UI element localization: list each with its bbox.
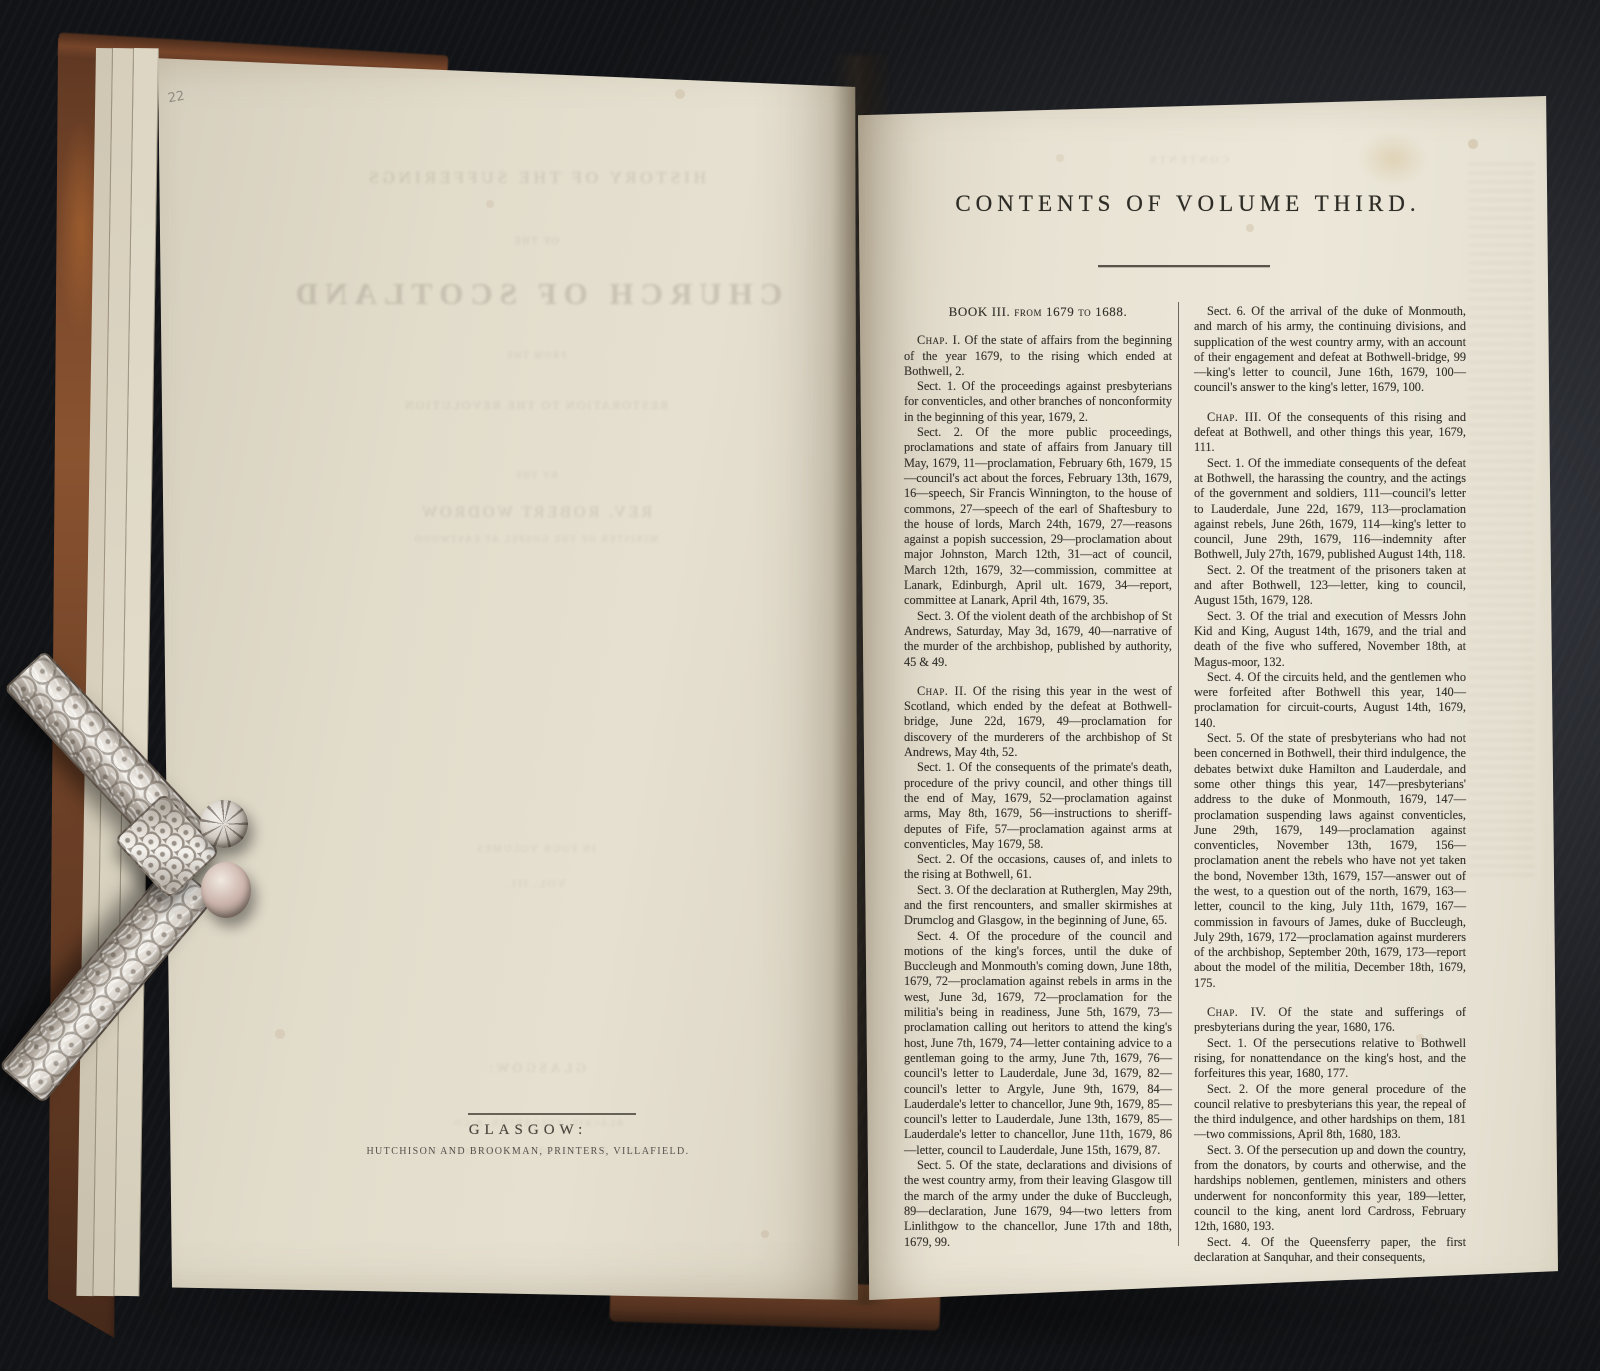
entry-label: Sect. 5. bbox=[917, 1158, 955, 1172]
toc-entry: Sect. 1. Of the proceedings against pres… bbox=[904, 379, 1172, 425]
entry-label: Chap. I. bbox=[917, 333, 961, 347]
toc-column-right: Sect. 6. Of the arrival of the duke of M… bbox=[1194, 304, 1466, 1265]
entry-label: Sect. 1. bbox=[1207, 1036, 1247, 1050]
toc-entry: Sect. 4. Of the circuits held, and the g… bbox=[1194, 670, 1466, 731]
ghost-line: GLASGOW: bbox=[213, 1060, 858, 1076]
entry-label: Sect. 2. bbox=[917, 425, 963, 439]
entry-label: Sect. 5. bbox=[1207, 731, 1245, 745]
toc-entry: Chap. II. Of the rising this year in the… bbox=[904, 684, 1172, 760]
toc-entry: Sect. 3. Of the persecution up and down … bbox=[1194, 1143, 1466, 1235]
entry-label: Sect. 3. bbox=[917, 883, 954, 897]
entry-label: Sect. 3. bbox=[917, 609, 954, 623]
entry-label: Chap. III. bbox=[1207, 410, 1262, 424]
toc-entry: Sect. 3. Of the violent death of the arc… bbox=[904, 609, 1172, 670]
entry-label: Sect. 2. bbox=[1207, 1082, 1248, 1096]
photo-scene: HISTORY OF THE SUFFERINGSOF THECHURCH OF… bbox=[0, 0, 1600, 1371]
toc-column-left: BOOK III. from 1679 to 1688. Chap. I. Of… bbox=[904, 304, 1172, 1250]
toc-entry: Chap. IV. Of the state and sufferings of… bbox=[1194, 1005, 1466, 1036]
ghost-line: OF THE bbox=[213, 236, 858, 247]
toc-entry: Sect. 3. Of the trial and execution of M… bbox=[1194, 609, 1466, 670]
entry-label: Sect. 2. bbox=[917, 852, 955, 866]
right-page: CONTENTS CONTENTS OF VOLUME THIRD. BOOK … bbox=[858, 96, 1558, 1300]
entry-label: Sect. 3. bbox=[1207, 1143, 1244, 1157]
toc-entry: Sect. 5. Of the state of presbyterians w… bbox=[1194, 731, 1466, 991]
ghost-line: MINISTER OF THE GOSPEL AT EASTWOOD bbox=[213, 534, 858, 544]
ghost-line: BY THE bbox=[213, 470, 858, 480]
entry-label: Sect. 4. bbox=[1207, 1235, 1251, 1249]
clasp-disc bbox=[201, 862, 251, 918]
entry-label: Sect. 1. bbox=[1207, 456, 1244, 470]
toc-entry: Sect. 2. Of the occasions, causes of, an… bbox=[904, 852, 1172, 883]
toc-entry: Sect. 6. Of the arrival of the duke of M… bbox=[1194, 304, 1466, 396]
toc-entry: Sect. 1. Of the persecutions relative to… bbox=[1194, 1036, 1466, 1082]
toc-paragraphs-right: Sect. 6. Of the arrival of the duke of M… bbox=[1194, 304, 1466, 1265]
toc-entry: Sect. 1. Of the immediate consequents of… bbox=[1194, 456, 1466, 563]
ghost-line: IN FOUR VOLUMES bbox=[213, 844, 858, 855]
entry-label: Sect. 1. bbox=[917, 760, 955, 774]
entry-label: Sect. 4. bbox=[917, 929, 959, 943]
toc-entry: Sect. 2. Of the treatment of the prisone… bbox=[1194, 563, 1466, 609]
toc-entry: Chap. I. Of the state of affairs from th… bbox=[904, 333, 1172, 379]
book-heading: BOOK III. from 1679 to 1688. bbox=[904, 304, 1172, 319]
toc-entry: Sect. 4. Of the procedure of the council… bbox=[904, 929, 1172, 1158]
title-rule bbox=[1098, 265, 1270, 267]
imprint-printer-line: HUTCHISON AND BROOKMAN, PRINTERS, VILLAF… bbox=[218, 1146, 838, 1157]
ghost-line: RESTORATION TO THE REVOLUTION bbox=[213, 398, 858, 413]
toc-entry: Sect. 4. Of the Queensferry paper, the f… bbox=[1194, 1235, 1466, 1266]
entry-label: Sect. 4. bbox=[1207, 670, 1244, 684]
paper-stain bbox=[1348, 124, 1438, 194]
bleed-through-margin-text bbox=[1468, 156, 1534, 876]
column-divider-rule bbox=[1178, 302, 1179, 1246]
pencil-annotation: 22 bbox=[167, 89, 186, 107]
ghost-line: HISTORY OF THE SUFFERINGS bbox=[213, 168, 858, 188]
ghost-line: REV. ROBERT WODROW bbox=[213, 504, 858, 522]
book-clasp bbox=[0, 640, 290, 1120]
toc-paragraphs-left: Chap. I. Of the state of affairs from th… bbox=[904, 333, 1172, 1250]
entry-label: Chap. IV. bbox=[1207, 1005, 1266, 1019]
imprint-rule bbox=[468, 1113, 636, 1115]
imprint-city: GLASGOW: bbox=[218, 1122, 838, 1139]
entry-label: Sect. 6. bbox=[1207, 304, 1246, 318]
ghost-line: FROM THE bbox=[213, 350, 858, 360]
entry-label: Chap. II. bbox=[917, 684, 967, 698]
toc-entry: Sect. 3. Of the declaration at Ruthergle… bbox=[904, 883, 1172, 929]
toc-entry: Chap. III. Of the consequents of this ri… bbox=[1194, 410, 1466, 456]
clasp-knob bbox=[200, 800, 248, 848]
toc-entry: Sect. 2. Of the more general procedure o… bbox=[1194, 1082, 1466, 1143]
toc-entry: Sect. 1. Of the consequents of the prima… bbox=[904, 760, 1172, 852]
toc-entry: Sect. 5. Of the state, declarations and … bbox=[904, 1158, 1172, 1250]
ghost-line: CHURCH OF SCOTLAND bbox=[213, 276, 858, 312]
clasp-strap-lower bbox=[0, 860, 216, 1103]
page-title: CONTENTS OF VOLUME THIRD. bbox=[858, 191, 1518, 217]
toc-entry: Sect. 2. Of the more public proceedings,… bbox=[904, 425, 1172, 609]
entry-label: Sect. 1. bbox=[917, 379, 956, 393]
entry-label: Sect. 2. bbox=[1207, 563, 1246, 577]
entry-label: Sect. 3. bbox=[1207, 609, 1245, 623]
ghost-line: VOL. III. bbox=[213, 878, 858, 890]
